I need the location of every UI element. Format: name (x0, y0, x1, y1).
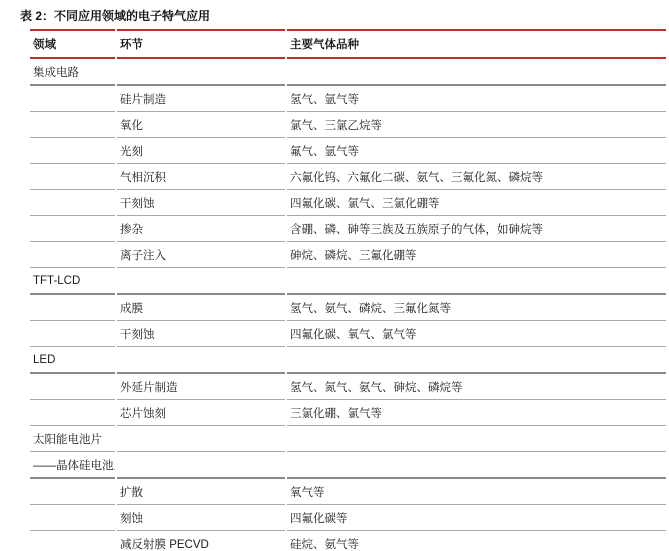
cell-field (30, 190, 115, 216)
cell-field: 太阳能电池片 (30, 426, 115, 452)
section-row: LED (30, 347, 666, 374)
table-caption: 表 2：不同应用领域的电子特气应用 (20, 7, 210, 24)
gas-application-table: 领域 环节 主要气体品种 集成电路硅片制造氢气、氩气等氧化氯气、三氯乙烷等光刻氟… (28, 29, 668, 551)
cell-gases: 三氯化硼、氯气等 (287, 400, 666, 426)
cell-field (30, 531, 115, 551)
cell-field (30, 242, 115, 268)
cell-field: LED (30, 347, 115, 374)
cell-gases: 含硼、磷、砷等三族及五族原子的气体，如砷烷等 (287, 216, 666, 242)
table-row: 氧化氯气、三氯乙烷等 (30, 112, 666, 138)
cell-field (30, 400, 115, 426)
cell-field (30, 374, 115, 400)
section-row: 集成电路 (30, 59, 666, 86)
cell-field (30, 112, 115, 138)
cell-field (30, 505, 115, 531)
cell-field (30, 138, 115, 164)
cell-step (117, 452, 285, 479)
cell-gases: 氟气、氩气等 (287, 138, 666, 164)
header-row: 领域 环节 主要气体品种 (30, 29, 666, 59)
table-row: 硅片制造氢气、氩气等 (30, 86, 666, 112)
table-row: 离子注入砷烷、磷烷、三氟化硼等 (30, 242, 666, 268)
table-header: 领域 环节 主要气体品种 (30, 29, 666, 59)
cell-gases (287, 347, 666, 374)
cell-field (30, 321, 115, 347)
cell-field (30, 216, 115, 242)
cell-step: 外延片制造 (117, 374, 285, 400)
cell-step: 芯片蚀刻 (117, 400, 285, 426)
cell-field: 集成电路 (30, 59, 115, 86)
cell-gases: 四氟化碳、氯气、三氯化硼等 (287, 190, 666, 216)
cell-step: 气相沉积 (117, 164, 285, 190)
table-row: 外延片制造氢气、氮气、氨气、砷烷、磷烷等 (30, 374, 666, 400)
table-row: 气相沉积六氟化钨、六氟化二碳、氨气、三氟化氮、磷烷等 (30, 164, 666, 190)
cell-gases (287, 452, 666, 479)
cell-gases: 氢气、氩气等 (287, 86, 666, 112)
cell-step: 扩散 (117, 479, 285, 505)
table-row: 掺杂含硼、磷、砷等三族及五族原子的气体，如砷烷等 (30, 216, 666, 242)
cell-field (30, 479, 115, 505)
cell-step: 离子注入 (117, 242, 285, 268)
table-row: 刻蚀四氟化碳等 (30, 505, 666, 531)
cell-field: TFT-LCD (30, 268, 115, 295)
cell-step: 干刻蚀 (117, 190, 285, 216)
cell-step: 掺杂 (117, 216, 285, 242)
cell-step (117, 347, 285, 374)
header-field: 领域 (30, 29, 115, 59)
cell-step (117, 426, 285, 452)
table-row: 芯片蚀刻三氯化硼、氯气等 (30, 400, 666, 426)
table-row: 干刻蚀四氟化碳、氧气、氯气等 (30, 321, 666, 347)
cell-gases: 氧气等 (287, 479, 666, 505)
cell-gases: 氢气、氨气、磷烷、三氟化氮等 (287, 295, 666, 321)
cell-step: 干刻蚀 (117, 321, 285, 347)
cell-gases: 氢气、氮气、氨气、砷烷、磷烷等 (287, 374, 666, 400)
cell-field (30, 164, 115, 190)
header-step: 环节 (117, 29, 285, 59)
cell-field (30, 295, 115, 321)
table-row: 扩散氧气等 (30, 479, 666, 505)
cell-gases (287, 268, 666, 295)
cell-step: 光刻 (117, 138, 285, 164)
cell-step: 减反射膜 PECVD (117, 531, 285, 551)
cell-gases (287, 59, 666, 86)
section-row: 太阳能电池片 (30, 426, 666, 452)
cell-gases: 四氟化碳、氧气、氯气等 (287, 321, 666, 347)
cell-gases: 六氟化钨、六氟化二碳、氨气、三氟化氮、磷烷等 (287, 164, 666, 190)
cell-step: 成膜 (117, 295, 285, 321)
cell-step (117, 268, 285, 295)
cell-field (30, 86, 115, 112)
header-gases: 主要气体品种 (287, 29, 666, 59)
cell-gases: 氯气、三氯乙烷等 (287, 112, 666, 138)
section-row: TFT-LCD (30, 268, 666, 295)
cell-gases: 硅烷、氨气等 (287, 531, 666, 551)
cell-step: 硅片制造 (117, 86, 285, 112)
cell-step: 刻蚀 (117, 505, 285, 531)
document-page: 表 2：不同应用领域的电子特气应用 领域 环节 主要气体品种 集成电路硅片制造氢… (0, 0, 669, 551)
cell-gases: 四氟化碳等 (287, 505, 666, 531)
cell-step: 氧化 (117, 112, 285, 138)
section-row: ——晶体硅电池片 (30, 452, 666, 479)
table-row: 成膜氢气、氨气、磷烷、三氟化氮等 (30, 295, 666, 321)
cell-field: ——晶体硅电池片 (30, 452, 115, 479)
cell-step (117, 59, 285, 86)
table-body: 集成电路硅片制造氢气、氩气等氧化氯气、三氯乙烷等光刻氟气、氩气等气相沉积六氟化钨… (30, 59, 666, 551)
cell-gases (287, 426, 666, 452)
table-row: 减反射膜 PECVD硅烷、氨气等 (30, 531, 666, 551)
table-row: 光刻氟气、氩气等 (30, 138, 666, 164)
cell-gases: 砷烷、磷烷、三氟化硼等 (287, 242, 666, 268)
table-row: 干刻蚀四氟化碳、氯气、三氯化硼等 (30, 190, 666, 216)
